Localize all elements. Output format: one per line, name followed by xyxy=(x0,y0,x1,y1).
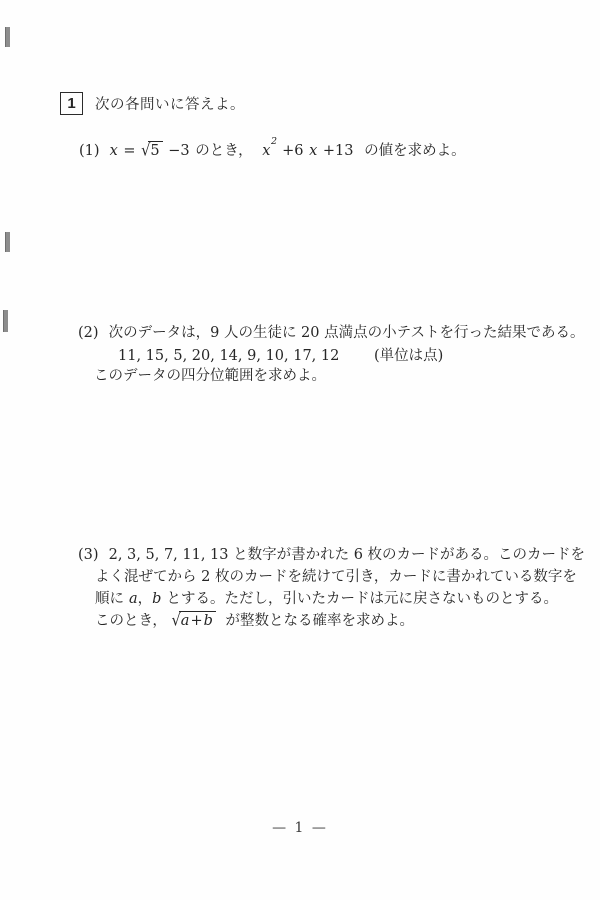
part-3-text-line1: 2, 3, 5, 7, 11, 13 と数字が書かれた 6 枚のカードがある。こ… xyxy=(109,547,585,563)
math-variable-x: x xyxy=(309,143,317,159)
part-3-line4-pre: このとき， xyxy=(95,613,167,629)
sqrt-radical: √a+b xyxy=(172,613,216,629)
part-3-question-line: このとき， √a+b が整数となる確率を求めよ。 xyxy=(95,611,414,632)
sqrt-radical: √5 xyxy=(141,143,162,159)
math-variable-b: b xyxy=(204,613,213,629)
radical-sign: √ xyxy=(172,610,181,634)
math-variable-x: x xyxy=(262,143,270,159)
part-3-statement: (3) 2, 3, 5, 7, 11, 13 と数字が書かれた 6 枚のカードが… xyxy=(78,545,585,566)
exam-page: 1 次の各問いに答えよ。 (1) x = √5 −3 のとき， x2 +6 x … xyxy=(0,0,600,900)
part-2-label: (2) xyxy=(78,323,104,344)
math-equals: = xyxy=(122,143,136,159)
part-3-line3-pre: 順に xyxy=(95,591,124,607)
part-1-statement: (1) x = √5 −3 のとき， x2 +6 x +13 の値を求めよ。 xyxy=(79,140,466,162)
math-plus-six: +6 xyxy=(281,143,304,159)
radicand: a+b xyxy=(179,611,216,630)
part-3-text-line2: よく混ぜてから 2 枚のカードを続けて引き，カードに書かれている数字を xyxy=(95,567,577,588)
math-variable-b: b xyxy=(152,591,161,607)
part-1-text-tail: の値を求めよ。 xyxy=(364,143,466,159)
part-3-line4-post: が整数となる確率を求めよ。 xyxy=(226,613,415,629)
problem-instruction: 次の各問いに答えよ。 xyxy=(95,95,245,116)
math-variable-x: x xyxy=(110,143,118,159)
part-3-label: (3) xyxy=(78,545,104,566)
scan-artifact-mark xyxy=(5,27,10,47)
page-number: — 1 — xyxy=(0,818,600,838)
part-2-text-line1: 次のデータは，9 人の生徒に 20 点満点の小テストを行った結果である。 xyxy=(109,325,585,341)
scan-artifact-mark xyxy=(5,232,10,252)
part-2-data-line: 11, 15, 5, 20, 14, 9, 10, 17, 12 (単位は点) xyxy=(118,346,443,367)
radicand: 5 xyxy=(148,141,162,160)
part-2-data-values: 11, 15, 5, 20, 14, 9, 10, 17, 12 xyxy=(118,348,339,364)
radical-sign: √ xyxy=(141,140,150,164)
math-plus-thirteen: +13 xyxy=(322,143,355,159)
math-minus-three: −3 xyxy=(167,143,190,159)
part-2-statement: (2) 次のデータは，9 人の生徒に 20 点満点の小テストを行った結果である。 xyxy=(78,323,585,344)
part-3-line3-post: とする。ただし，引いたカードは元に戻さないものとする。 xyxy=(166,591,558,607)
part-3-text-line3: 順にa，bとする。ただし，引いたカードは元に戻さないものとする。 xyxy=(95,589,558,610)
math-exponent: 2 xyxy=(271,136,277,147)
math-variable-a: a xyxy=(129,591,138,607)
math-variable-x-squared: x2 xyxy=(262,143,276,159)
part-2-question-line: このデータの四分位範囲を求めよ。 xyxy=(94,366,326,387)
scan-artifact-mark xyxy=(3,310,8,332)
part-1-label: (1) xyxy=(79,141,105,162)
part-1-text-middle: のとき， xyxy=(195,143,252,159)
problem-number-box: 1 xyxy=(60,92,83,115)
part-2-unit-note: (単位は点) xyxy=(374,348,443,364)
math-plus: + xyxy=(189,613,203,629)
math-separator: ， xyxy=(138,591,153,607)
problem-number: 1 xyxy=(67,93,75,115)
